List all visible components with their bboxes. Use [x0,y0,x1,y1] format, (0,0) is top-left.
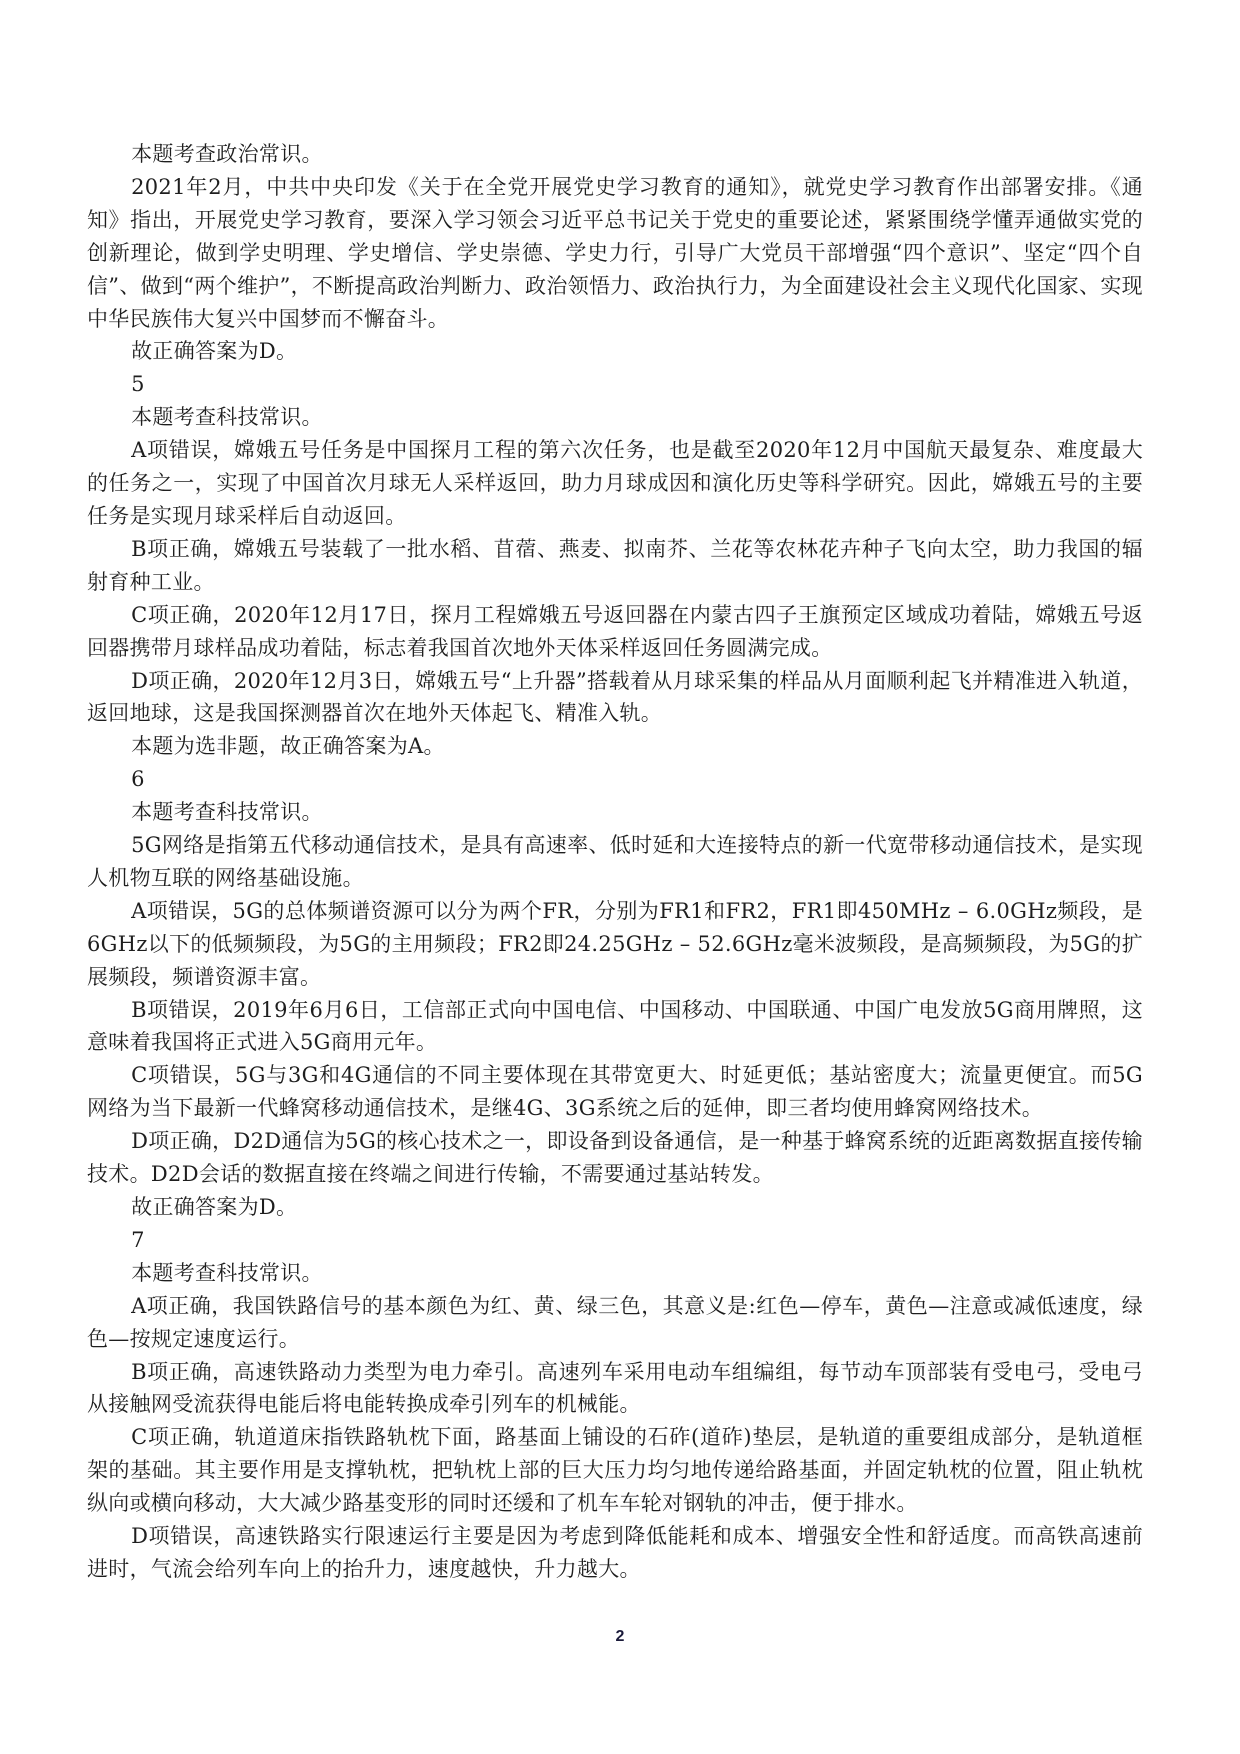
paragraph-answer: 故正确答案为D。 [87,335,1143,368]
paragraph-topic: 本题考查科技常识。 [87,796,1143,829]
paragraph-explanation: 5G网络是指第五代移动通信技术，是具有高速率、低时延和大连接特点的新一代宽带移动… [87,829,1143,895]
paragraph-option-c: C项正确，2020年12月17日，探月工程嫦娥五号返回器在内蒙古四子王旗预定区域… [87,599,1143,665]
paragraph-option-d: D项正确，D2D通信为5G的核心技术之一，即设备到设备通信，是一种基于蜂窝系统的… [87,1125,1143,1191]
paragraph-option-d: D项错误，高速铁路实行限速运行主要是因为考虑到降低能耗和成本、增强安全性和舒适度… [87,1520,1143,1586]
paragraph-topic: 本题考查政治常识。 [87,138,1143,171]
paragraph-answer: 故正确答案为D。 [87,1191,1143,1224]
paragraph-explanation: 2021年2月，中共中央印发《关于在全党开展党史学习教育的通知》，就党史学习教育… [87,171,1143,336]
document-page: 本题考查政治常识。 2021年2月，中共中央印发《关于在全党开展党史学习教育的通… [0,0,1240,1754]
paragraph-option-b: B项正确，嫦娥五号装载了一批水稻、苜蓿、燕麦、拟南芥、兰花等农林花卉种子飞向太空… [87,533,1143,599]
paragraph-option-d: D项正确，2020年12月3日，嫦娥五号“上升器”搭载着从月球采集的样品从月面顺… [87,665,1143,731]
paragraph-option-b: B项正确，高速铁路动力类型为电力牵引。高速列车采用电动车组编组，每节动车顶部装有… [87,1356,1143,1422]
paragraph-option-a: A项错误，嫦娥五号任务是中国探月工程的第六次任务，也是截至2020年12月中国航… [87,434,1143,533]
paragraph-option-c: C项正确，轨道道床指铁路轨枕下面，路基面上铺设的石砟(道砟)垫层，是轨道的重要组… [87,1421,1143,1520]
question-number: 5 [87,368,1143,401]
question-number: 7 [87,1224,1143,1257]
document-body: 本题考查政治常识。 2021年2月，中共中央印发《关于在全党开展党史学习教育的通… [87,138,1143,1586]
paragraph-topic: 本题考查科技常识。 [87,401,1143,434]
question-number: 6 [87,763,1143,796]
paragraph-option-a: A项正确，我国铁路信号的基本颜色为红、黄、绿三色，其意义是:红色—停车，黄色—注… [87,1290,1143,1356]
page-number: 2 [0,1628,1240,1646]
paragraph-option-c: C项错误，5G与3G和4G通信的不同主要体现在其带宽更大、时延更低；基站密度大；… [87,1059,1143,1125]
paragraph-option-b: B项错误，2019年6月6日，工信部正式向中国电信、中国移动、中国联通、中国广电… [87,994,1143,1060]
paragraph-answer: 本题为选非题，故正确答案为A。 [87,730,1143,763]
paragraph-option-a: A项错误，5G的总体频谱资源可以分为两个FR，分别为FR1和FR2，FR1即45… [87,895,1143,994]
paragraph-topic: 本题考查科技常识。 [87,1257,1143,1290]
